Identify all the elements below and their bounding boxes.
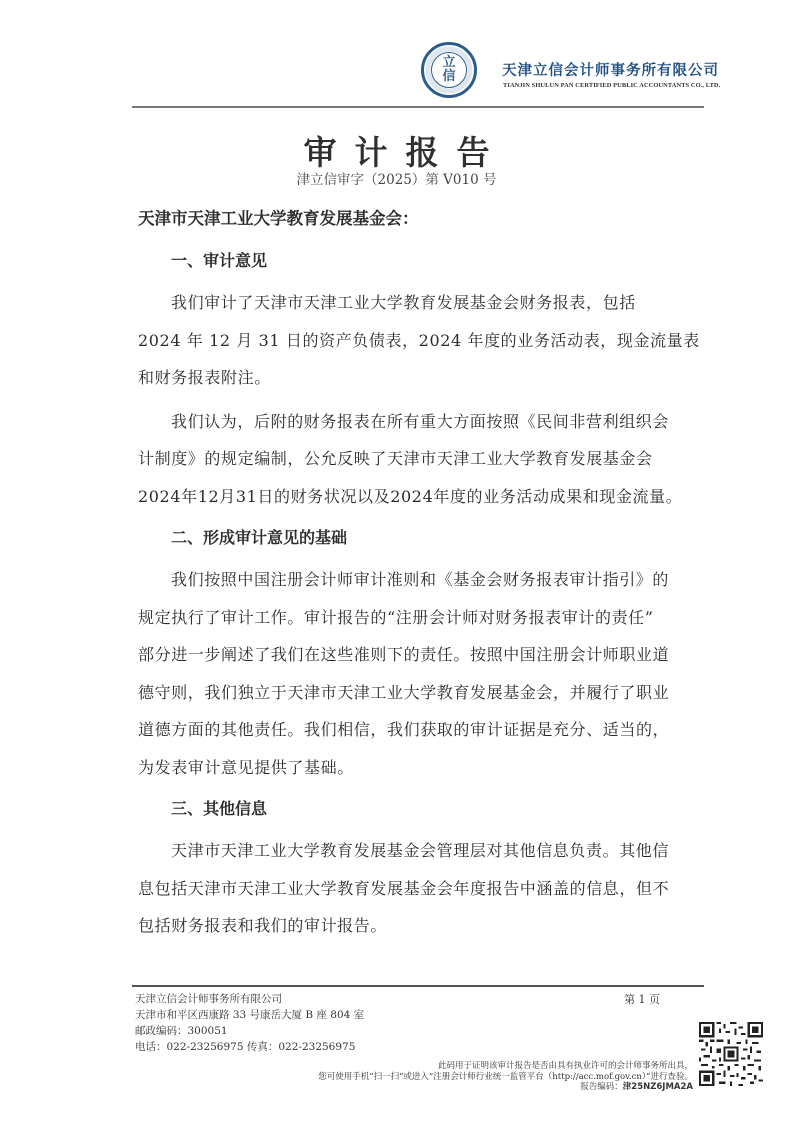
text-line: 计制度》的规定编制，公允反映了天津市天津工业大学教育发展基金会	[138, 440, 694, 478]
report-code-row: 报告编码：津25NZ6JMA2A	[318, 1082, 693, 1093]
header-divider	[132, 106, 704, 108]
text-line: 我们审计了天津市天津工业大学教育发展基金会财务报表，包括	[138, 284, 694, 322]
text-line: 为发表审计意见提供了基础。	[138, 749, 694, 787]
logo-seal: 立 信	[431, 52, 467, 88]
text-line: 包括财务报表和我们的审计报告。	[138, 907, 694, 945]
text-line: 我们按照中国注册会计师审计准则和《基金会财务报表审计指引》的	[138, 561, 694, 599]
text-line: 道德方面的其他责任。我们相信，我们获取的审计证据是充分、适当的，	[138, 711, 694, 749]
text-line: 规定执行了审计工作。审计报告的“注册会计师对财务报表审计的责任”	[138, 599, 694, 637]
paragraph: 我们按照中国注册会计师审计准则和《基金会财务报表审计指引》的 规定执行了审计工作…	[138, 561, 694, 786]
page-number: 第 1 页	[624, 991, 660, 1007]
text-line: 部分进一步阐述了我们在这些准则下的责任。按照中国注册会计师职业道	[138, 636, 694, 674]
report-code-label: 报告编码：	[580, 1082, 623, 1092]
firm-name-en: TIANJIN SHULUN PAN CERTIFIED PUBLIC ACCO…	[503, 82, 720, 89]
report-body: 天津市天津工业大学教育发展基金会： 一、审计意见 我们审计了天津市天津工业大学教…	[138, 204, 694, 951]
verification-line-1: 此码用于证明该审计报告是否由具有执业许可的会计师事务所出具，	[318, 1061, 693, 1072]
report-code: 津25NZ6JMA2A	[623, 1082, 693, 1092]
footer-divider	[132, 985, 704, 987]
document-number: 津立信审字（2025）第 V010 号	[0, 168, 793, 188]
verification-note: 此码用于证明该审计报告是否由具有执业许可的会计师事务所出具， 您可使用手机“扫一…	[318, 1061, 693, 1093]
logo-char-2: 信	[442, 70, 455, 84]
text-line: 我们认为，后附的财务报表在所有重大方面按照《民间非营利组织会	[138, 403, 694, 441]
qr-code-icon[interactable]	[699, 1022, 763, 1086]
firm-logo-icon: 立 信	[421, 42, 477, 98]
verification-line-2: 您可使用手机“扫一扫”或进入“注册会计师行业统一监管平台（http://acc.…	[318, 1072, 693, 1083]
footer-postcode: 邮政编码：300051	[135, 1023, 364, 1039]
text-line: 德守则，我们独立于天津市天津工业大学教育发展基金会，并履行了职业	[138, 674, 694, 712]
text-line: 息包括天津市天津工业大学教育发展基金会年度报告中涵盖的信息，但不	[138, 870, 694, 908]
paragraph: 天津市天津工业大学教育发展基金会管理层对其他信息负责。其他信 息包括天津市天津工…	[138, 832, 694, 945]
logo-char-1: 立	[442, 56, 455, 70]
section-heading-other-info: 三、其他信息	[138, 792, 694, 832]
page-title: 审计报告	[0, 127, 793, 174]
footer-firm-name: 天津立信会计师事务所有限公司	[135, 991, 364, 1007]
text-line: 和财务报表附注。	[138, 359, 694, 397]
paragraph: 我们审计了天津市天津工业大学教育发展基金会财务报表，包括 2024 年 12 月…	[138, 284, 694, 397]
section-heading-basis: 二、形成审计意见的基础	[138, 521, 694, 561]
footer-phone-fax: 电话：022-23256975 传真：022-23256975	[135, 1039, 364, 1055]
addressee: 天津市天津工业大学教育发展基金会：	[138, 204, 694, 244]
footer-contact: 天津立信会计师事务所有限公司 天津市和平区西康路 33 号康岳大厦 B 座 80…	[135, 991, 364, 1055]
text-line: 2024 年 12 月 31 日的资产负债表，2024 年度的业务活动表，现金流…	[138, 322, 694, 360]
section-heading-opinion: 一、审计意见	[138, 244, 694, 284]
paragraph: 我们认为，后附的财务报表在所有重大方面按照《民间非营利组织会 计制度》的规定编制…	[138, 403, 694, 516]
firm-name-cn: 天津立信会计师事务所有限公司	[502, 59, 719, 80]
text-line: 2024年12月31日的财务状况以及2024年度的业务活动成果和现金流量。	[138, 478, 694, 516]
letterhead: 立 信 天津立信会计师事务所有限公司 TIANJIN SHULUN PAN CE…	[0, 0, 793, 120]
footer-address: 天津市和平区西康路 33 号康岳大厦 B 座 804 室	[135, 1007, 364, 1023]
text-line: 天津市天津工业大学教育发展基金会管理层对其他信息负责。其他信	[138, 832, 694, 870]
